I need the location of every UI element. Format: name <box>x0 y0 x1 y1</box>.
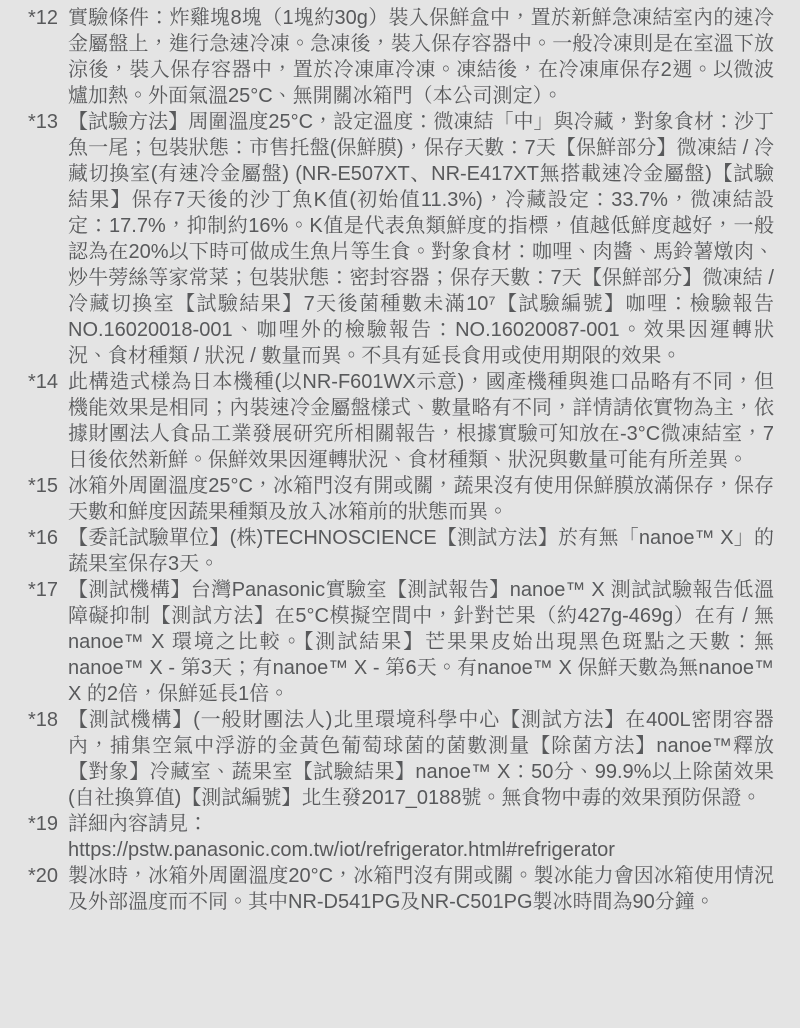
footnote-marker: *19 <box>28 811 68 837</box>
footnote-text: 詳細內容請見： <box>68 811 774 837</box>
footnote-body: 製冰時，冰箱外周圍溫度20°C，冰箱門沒有開或關。製冰能力會因冰箱使用情況及外部… <box>68 863 774 915</box>
footnote-body: 【委託試驗單位】(株)TECHNOSCIENCE【測試方法】於有無「nanoe™… <box>68 525 774 577</box>
footnote-marker: *15 <box>28 473 68 499</box>
footnote-body: 實驗條件：炸雞塊8塊（1塊約30g）裝入保鮮盒中，置於新鮮急凍結室內的速冷金屬盤… <box>68 5 774 109</box>
footnote-text: 【測試機構】(一般財團法人)北里環境科學中心【測試方法】在400L密閉容器內，捕… <box>68 707 774 811</box>
footnote-marker: *16 <box>28 525 68 551</box>
footnote-marker: *14 <box>28 369 68 395</box>
footnote-item-13: *13 【試驗方法】周圍溫度25°C，設定溫度：微凍結「中」與冷藏，對象食材：沙… <box>28 109 774 369</box>
footnote-marker: *12 <box>28 5 68 31</box>
footnote-body: 【測試機構】(一般財團法人)北里環境科學中心【測試方法】在400L密閉容器內，捕… <box>68 707 774 811</box>
footnote-item-17: *17 【測試機構】台灣Panasonic實驗室【測試報告】nanoe™ X 測… <box>28 577 774 707</box>
footnote-marker: *18 <box>28 707 68 733</box>
footnote-text: 製冰時，冰箱外周圍溫度20°C，冰箱門沒有開或關。製冰能力會因冰箱使用情況及外部… <box>68 863 774 915</box>
footnote-item-19: *19 詳細內容請見： https://pstw.panasonic.com.t… <box>28 811 774 863</box>
footnotes-page: *12 實驗條件：炸雞塊8塊（1塊約30g）裝入保鮮盒中，置於新鮮急凍結室內的速… <box>0 0 800 929</box>
footnote-item-16: *16 【委託試驗單位】(株)TECHNOSCIENCE【測試方法】於有無「na… <box>28 525 774 577</box>
footnote-text: 冰箱外周圍溫度25°C，冰箱門沒有開或關，蔬果沒有使用保鮮膜放滿保存，保存天數和… <box>68 473 774 525</box>
footnote-marker: *17 <box>28 577 68 603</box>
footnote-item-15: *15 冰箱外周圍溫度25°C，冰箱門沒有開或關，蔬果沒有使用保鮮膜放滿保存，保… <box>28 473 774 525</box>
footnote-text: 實驗條件：炸雞塊8塊（1塊約30g）裝入保鮮盒中，置於新鮮急凍結室內的速冷金屬盤… <box>68 5 774 109</box>
footnote-body: 【試驗方法】周圍溫度25°C，設定溫度：微凍結「中」與冷藏，對象食材：沙丁魚一尾… <box>68 109 774 369</box>
footnote-body: 此構造式樣為日本機種(以NR-F601WX示意)，國產機種與進口品略有不同，但機… <box>68 369 774 473</box>
footnote-text: 此構造式樣為日本機種(以NR-F601WX示意)，國產機種與進口品略有不同，但機… <box>68 369 774 473</box>
footnote-list: *12 實驗條件：炸雞塊8塊（1塊約30g）裝入保鮮盒中，置於新鮮急凍結室內的速… <box>28 5 774 915</box>
footnote-marker: *20 <box>28 863 68 889</box>
footnote-item-20: *20 製冰時，冰箱外周圍溫度20°C，冰箱門沒有開或關。製冰能力會因冰箱使用情… <box>28 863 774 915</box>
footnote-item-18: *18 【測試機構】(一般財團法人)北里環境科學中心【測試方法】在400L密閉容… <box>28 707 774 811</box>
footnote-marker: *13 <box>28 109 68 135</box>
footnote-text: 【委託試驗單位】(株)TECHNOSCIENCE【測試方法】於有無「nanoe™… <box>68 525 774 577</box>
footnote-body: 【測試機構】台灣Panasonic實驗室【測試報告】nanoe™ X 測試試驗報… <box>68 577 774 707</box>
footnote-url-link[interactable]: https://pstw.panasonic.com.tw/iot/refrig… <box>68 837 774 863</box>
footnote-body: 冰箱外周圍溫度25°C，冰箱門沒有開或關，蔬果沒有使用保鮮膜放滿保存，保存天數和… <box>68 473 774 525</box>
footnote-text: 【試驗方法】周圍溫度25°C，設定溫度：微凍結「中」與冷藏，對象食材：沙丁魚一尾… <box>68 109 774 369</box>
footnote-item-14: *14 此構造式樣為日本機種(以NR-F601WX示意)，國產機種與進口品略有不… <box>28 369 774 473</box>
footnote-item-12: *12 實驗條件：炸雞塊8塊（1塊約30g）裝入保鮮盒中，置於新鮮急凍結室內的速… <box>28 5 774 109</box>
footnote-body: 詳細內容請見： https://pstw.panasonic.com.tw/io… <box>68 811 774 863</box>
footnote-text: 【測試機構】台灣Panasonic實驗室【測試報告】nanoe™ X 測試試驗報… <box>68 577 774 707</box>
